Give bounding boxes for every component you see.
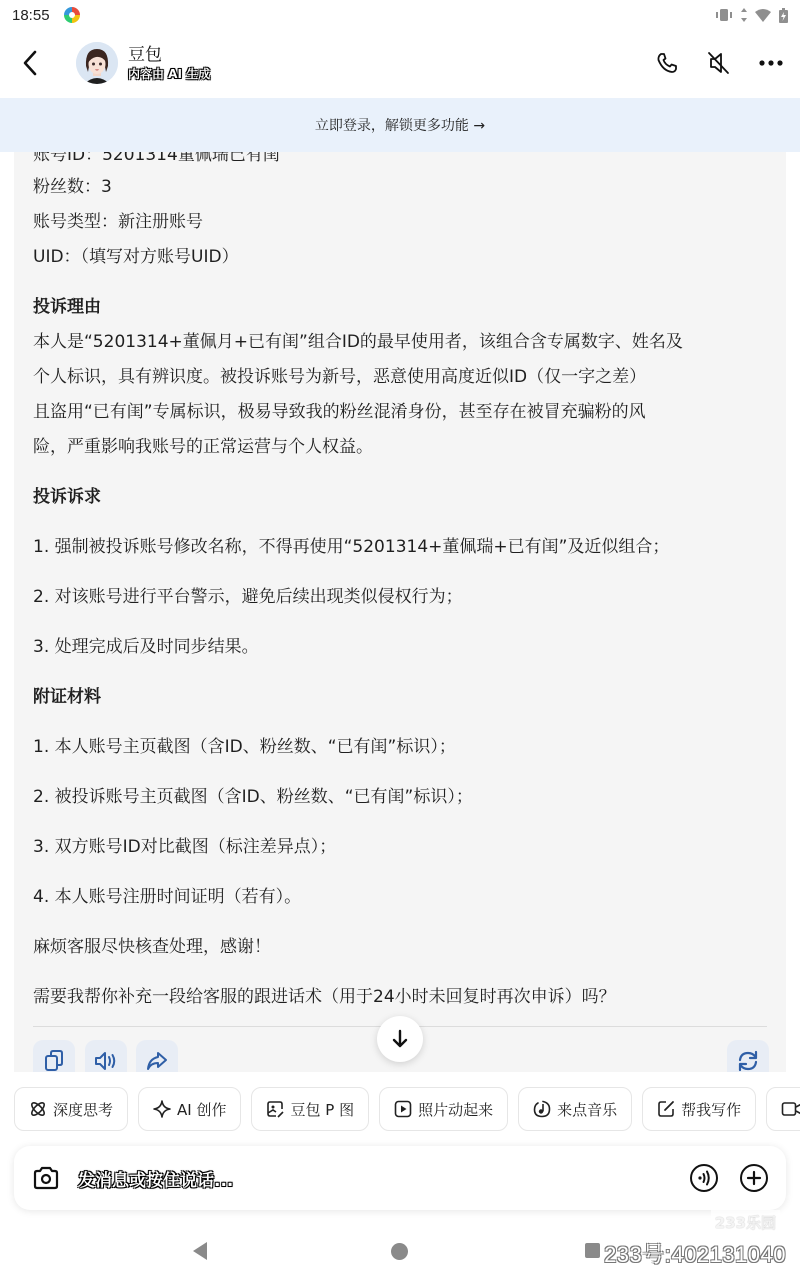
chevron-left-icon (20, 49, 40, 77)
evidence-item: 2. 被投诉账号主页截图（含ID、粉丝数、“已有闺”标识）； (33, 780, 473, 815)
speaker-muted-icon (706, 50, 732, 76)
add-button[interactable] (738, 1162, 770, 1194)
regenerate-icon (736, 1049, 760, 1072)
demand-item: 2. 对该账号进行平台警示，避免后续出现类似侵权行为； (33, 580, 463, 615)
chip-label: 豆包 P 图 (290, 1099, 354, 1120)
voice-wave-icon (689, 1163, 719, 1193)
demand-item: 1. 强制被投诉账号修改名称，不得再使用“5201314+董佩瑞+已有闺”及近似… (33, 530, 669, 565)
scroll-to-bottom-button[interactable] (377, 1016, 423, 1062)
account-type-line: 账号类型：新注册账号 (33, 205, 203, 240)
ai-message-bubble: 账号ID：5201314董佩瑞已有闺 粉丝数：3 账号类型：新注册账号 UID：… (14, 140, 786, 1072)
evidence-item: 3. 双方账号ID对比截图（标注差异点）； (33, 830, 336, 865)
sparkle-icon (153, 1100, 171, 1118)
closing-line: 麻烦客服尽快核查处理，感谢！ (33, 930, 271, 965)
login-banner-text: 立即登录，解锁更多功能 → (315, 115, 485, 135)
chip-label: 深度思考 (53, 1099, 113, 1120)
read-aloud-icon (93, 1050, 119, 1072)
nav-home-button[interactable] (391, 1243, 408, 1260)
chip-animate-photo[interactable]: 照片动起来 (379, 1087, 508, 1131)
more-icon (758, 59, 784, 67)
chip-deep-thinking[interactable]: 深度思考 (14, 1087, 128, 1131)
nav-recents-button[interactable] (585, 1243, 600, 1258)
camera-button[interactable] (30, 1162, 62, 1194)
plus-circle-icon (739, 1163, 769, 1193)
evidence-item: 1. 本人账号主页截图（含ID、粉丝数、“已有闺”标识）； (33, 730, 456, 765)
camera-icon (32, 1165, 60, 1191)
nav-back-button[interactable] (193, 1242, 207, 1260)
reason-heading: 投诉理由 (33, 290, 101, 325)
evidence-item: 4. 本人账号注册时间证明（若有）。 (33, 880, 301, 915)
data-arrows-icon (741, 8, 747, 22)
quick-action-chips: 深度思考 AI 创作 豆包 P 图 照片动起来 来点音乐 帮我写作 (14, 1087, 800, 1131)
phone-icon (655, 51, 679, 75)
chat-title-block: 豆包 内容由 AI 生成 (128, 44, 210, 82)
header-actions (652, 48, 786, 78)
image-edit-icon (266, 1100, 284, 1118)
demand-item: 3. 处理完成后及时同步结果。 (33, 630, 259, 665)
status-time: 18:55 (12, 7, 50, 24)
login-banner[interactable]: 立即登录，解锁更多功能 → (0, 98, 800, 152)
back-button[interactable] (2, 35, 58, 91)
chip-video[interactable] (766, 1087, 800, 1131)
battery-charging-icon (779, 8, 788, 23)
call-button[interactable] (652, 48, 682, 78)
chip-music[interactable]: 来点音乐 (518, 1087, 632, 1131)
edit-icon (657, 1100, 675, 1118)
followers-line: 粉丝数：3 (33, 170, 112, 205)
copy-button[interactable] (33, 1040, 75, 1072)
vibrate-icon (715, 8, 733, 22)
chip-label: AI 创作 (177, 1099, 226, 1120)
atom-icon (29, 1100, 47, 1118)
share-icon (145, 1050, 169, 1072)
message-input[interactable]: 发消息或按住说话... (78, 1166, 688, 1191)
chat-title: 豆包 (128, 44, 210, 66)
status-icons (715, 8, 788, 23)
status-bar: 18:55 (0, 0, 800, 30)
arrow-down-icon (391, 1029, 409, 1049)
wifi-icon (755, 9, 771, 22)
avatar[interactable] (76, 42, 118, 84)
evidence-heading: 附证材料 (33, 680, 101, 715)
system-nav-bar: 233号:402131040 (0, 1228, 800, 1280)
regenerate-button[interactable] (727, 1040, 769, 1072)
followup-question: 需要我帮你补充一段给客服的跟进话术（用于24小时未回复时再次申诉）吗？ (33, 980, 616, 1015)
chip-ai-create[interactable]: AI 创作 (138, 1087, 241, 1131)
demands-heading: 投诉诉求 (33, 480, 101, 515)
mute-button[interactable] (704, 48, 734, 78)
avatar-illustration (76, 42, 118, 84)
reason-line: 且盗用“已有闺”专属标识，极易导致我的粉丝混淆身份，甚至存在被冒充骗粉的风 (33, 395, 646, 430)
video-icon (781, 1101, 800, 1117)
chip-label: 照片动起来 (418, 1099, 493, 1120)
voice-call-button[interactable] (688, 1162, 720, 1194)
chip-label: 来点音乐 (557, 1099, 617, 1120)
share-button[interactable] (136, 1040, 178, 1072)
ai-generated-label: 内容由 AI 生成 (128, 66, 210, 82)
music-icon (533, 1100, 551, 1118)
app-notification-icon (64, 7, 80, 23)
read-aloud-button[interactable] (85, 1040, 127, 1072)
reason-line: 本人是“5201314+董佩月+已有闺”组合ID的最早使用者，该组合含专属数字、… (33, 325, 683, 360)
message-input-bar[interactable]: 发消息或按住说话... (14, 1146, 786, 1210)
reason-line: 险，严重影响我账号的正常运营与个人权益。 (33, 430, 373, 465)
chip-label: 帮我写作 (681, 1099, 741, 1120)
play-icon (394, 1100, 412, 1118)
reason-line: 个人标识，具有辨识度。被投诉账号为新号，恶意使用高度近似ID（仅一字之差） (33, 360, 646, 395)
copy-icon (43, 1049, 65, 1072)
chat-header: 豆包 内容由 AI 生成 (0, 30, 800, 96)
uid-line: UID：（填写对方账号UID） (33, 240, 239, 275)
chip-help-write[interactable]: 帮我写作 (642, 1087, 756, 1131)
more-button[interactable] (756, 48, 786, 78)
watermark-text: 233号:402131040 (604, 1238, 786, 1269)
chip-doubao-p-image[interactable]: 豆包 P 图 (251, 1087, 369, 1131)
